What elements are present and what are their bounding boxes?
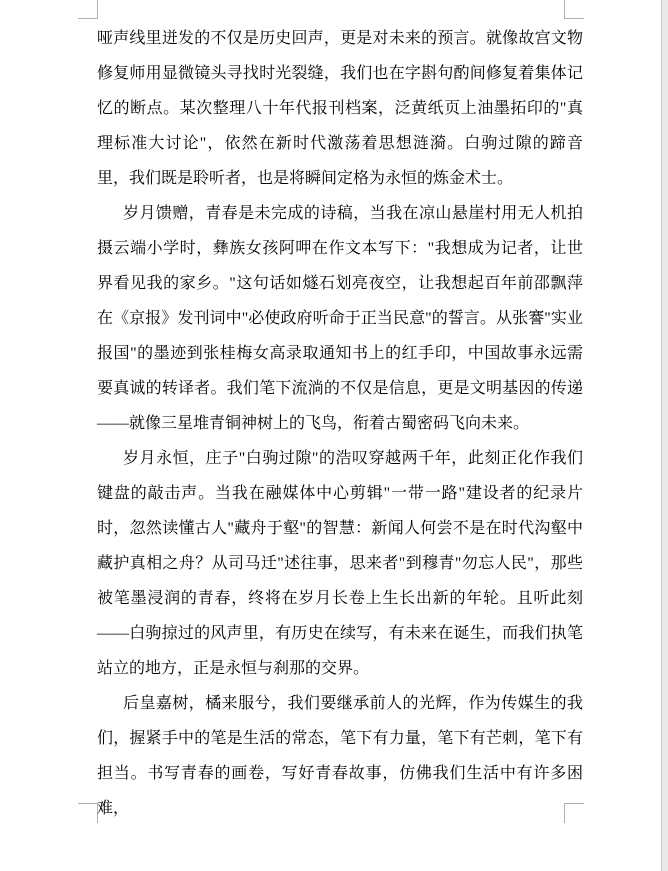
margin-crop-mark-top-right [564, 0, 584, 19]
paragraph: 哑声线里迸发的不仅是历史回声，更是对未来的预言。就像故宫文物修复师用显微镜头寻找… [97, 21, 583, 196]
document-text-body[interactable]: 哑声线里迸发的不仅是历史回声，更是对未来的预言。就像故宫文物修复师用显微镜头寻找… [97, 21, 583, 826]
paragraph: 后皇嘉树，橘来服兮，我们要继承前人的光辉，作为传媒生的我们，握紧手中的笔是生活的… [97, 686, 583, 826]
paragraph: 岁月永恒，庄子"白驹过隙"的浩叹穿越两千年，此刻正化作我们键盘的敲击声。当我在融… [97, 441, 583, 686]
document-page[interactable]: 哑声线里迸发的不仅是历史回声，更是对未来的预言。就像故宫文物修复师用显微镜头寻找… [0, 0, 661, 871]
app-background-strip [661, 0, 668, 871]
paragraph: 岁月馈赠，青春是未完成的诗稿，当我在凉山悬崖村用无人机拍摄云端小学时，彝族女孩阿… [97, 196, 583, 441]
margin-crop-mark-top-left [78, 0, 98, 19]
margin-crop-mark-bottom-left [78, 803, 98, 823]
